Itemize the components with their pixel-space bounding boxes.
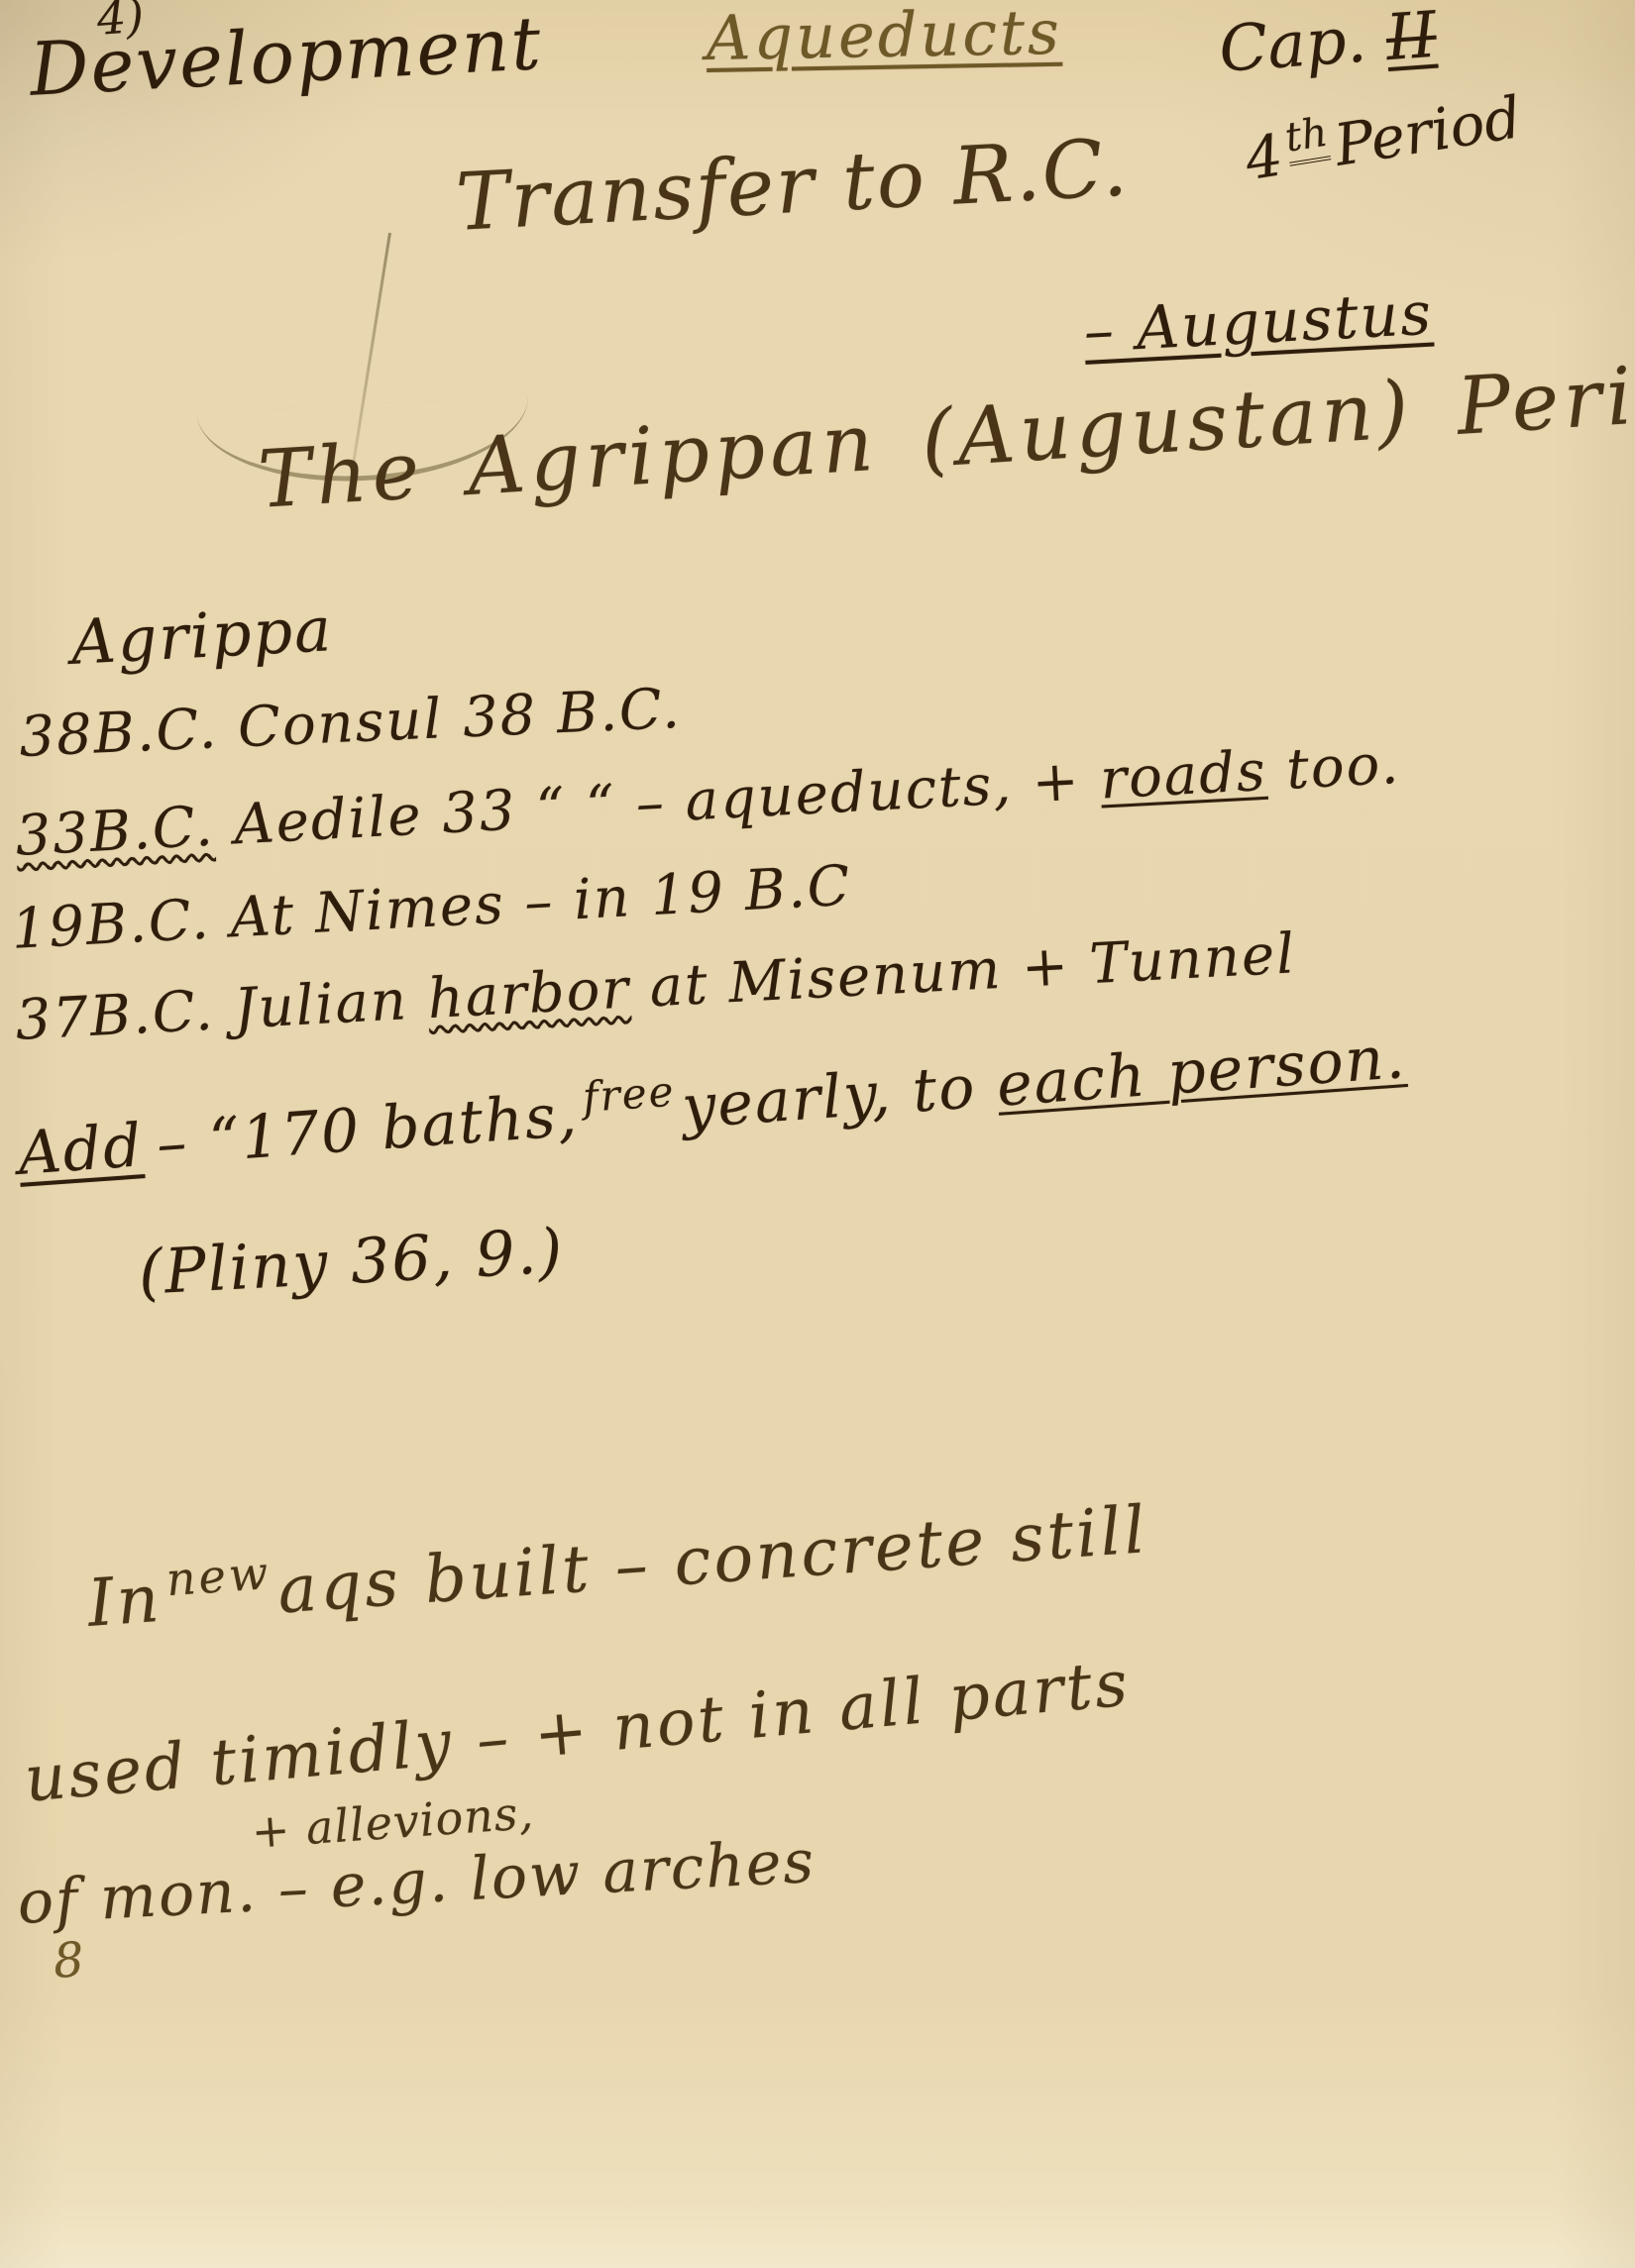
entry-date: 38B.C. <box>18 697 220 770</box>
bottom1-inserted-word: new <box>164 1546 272 1606</box>
chapter-label: Cap. II <box>1217 0 1439 87</box>
add-text-underlined: each person. <box>995 1023 1409 1121</box>
page-title: The Agrippan (Augustan) Period <box>256 343 1635 526</box>
bottom1-post: aqs built – concrete still <box>275 1491 1150 1628</box>
entry-38bc: 38B.C.Consul 38 B.C. <box>18 677 683 770</box>
entry-date: 37B.C. <box>14 978 216 1052</box>
stray-mark: 8 <box>52 1932 85 1990</box>
bottom-line-1: Innewaqs built – concrete still <box>85 1491 1150 1642</box>
header-title-center: Aqueducts <box>706 0 1062 74</box>
add-label: Add <box>16 1111 146 1189</box>
chapter-word: Cap. <box>1217 4 1368 87</box>
add-text-2: yearly, to <box>680 1051 1000 1142</box>
entry-text: Consul 38 B.C. <box>237 677 683 760</box>
entry-text: Aedile 33 “ “ – aqueducts, + <box>233 748 1102 858</box>
entry-date: 33B.C. <box>14 794 216 868</box>
entry-text-post: at Misenum + Tunnel <box>628 921 1297 1021</box>
add-text-1: – “170 baths, <box>155 1080 581 1179</box>
add-note: Add– “170 baths,freeyearly, to each pers… <box>16 1023 1408 1189</box>
entry-text: Julian <box>233 967 430 1041</box>
period-number: 4 <box>1241 121 1287 193</box>
entry-text: At Nimes – in 19 B.C <box>229 854 853 951</box>
chapter-roman-numeral: II <box>1383 0 1439 75</box>
entry-date: 19B.C. <box>10 887 212 961</box>
entry-text-post: too. <box>1265 732 1402 804</box>
transfer-note: Transfer to R.C. <box>454 121 1132 248</box>
citation: (Pliny 36, 9.) <box>137 1215 566 1309</box>
add-inserted-word: free <box>581 1066 677 1121</box>
period-word: Period <box>1330 83 1525 179</box>
notebook-page: 4) Development Aqueducts Cap. II Transfe… <box>0 0 1635 2268</box>
entry-underlined: harbor <box>426 956 632 1031</box>
entry-19bc: 19B.C.At Nimes – in 19 B.C <box>10 854 853 962</box>
section-heading: Agrippa <box>69 593 335 679</box>
augustus-note: – Augustus <box>1082 279 1435 367</box>
entry-underlined: roads <box>1099 739 1269 812</box>
period-ordinal-suffix: th <box>1281 107 1331 165</box>
bottom1-pre: In <box>85 1561 164 1642</box>
bottom-line-2: used timidly – + not in all parts <box>22 1647 1134 1816</box>
period-label: 4thPeriod <box>1241 83 1526 193</box>
